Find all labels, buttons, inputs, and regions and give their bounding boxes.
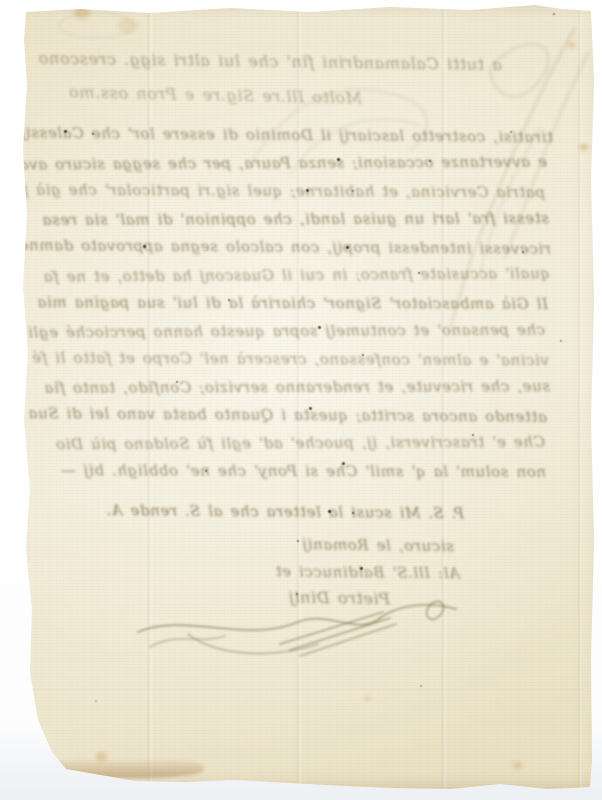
ink-speck <box>429 160 431 162</box>
bleedthrough-body-line: stessi fra' lari un guisa landi, che opp… <box>35 209 549 229</box>
ink-speck <box>143 245 146 248</box>
paper-stain <box>580 144 588 150</box>
paper-stain <box>568 42 575 48</box>
horizontal-fold-crease <box>24 688 584 693</box>
bleedthrough-heading-line: Molto Ill.re Sig.re e Pron oss.mo <box>120 83 362 107</box>
vertical-fold-crease <box>147 0 153 800</box>
ink-speck <box>594 382 597 385</box>
paper-stain <box>96 752 107 761</box>
bottom-edge-browning <box>34 758 204 778</box>
ink-speck <box>337 158 340 161</box>
ink-speck <box>64 130 67 133</box>
ink-speck <box>95 700 97 702</box>
ink-speck <box>560 340 562 342</box>
ink-speck <box>318 326 321 329</box>
manuscript-page: a tutti Calamandrini fin' che lui altri … <box>0 0 602 800</box>
paper-stain <box>513 762 522 769</box>
ink-speck <box>553 13 555 15</box>
ink-speck <box>228 299 230 301</box>
bleedthrough-body-line: che pensano' et contumelj sopra questo h… <box>35 321 545 342</box>
bleedthrough-body-line: sue, che ricevute, et renderanno servizi… <box>38 377 550 397</box>
paper-stain <box>118 18 138 34</box>
bleedthrough-body-line: quali' accusiate franco; in cui il Guasc… <box>40 264 550 286</box>
ink-speck <box>352 190 354 192</box>
ink-speck <box>92 133 94 135</box>
signature-flourish <box>130 592 470 662</box>
ink-speck <box>360 567 363 570</box>
ink-speck <box>362 354 364 356</box>
bleedthrough-body-line: vicina' e almen' confessano, crescerà ne… <box>35 349 549 370</box>
ink-speck <box>522 251 524 253</box>
ink-speck <box>342 462 345 465</box>
paper-stain <box>594 148 598 151</box>
vertical-fold-crease <box>296 0 302 800</box>
bleedthrough-body-line: Il Già ambasciator' Signor' chiarirà la … <box>36 293 548 313</box>
bleedthrough-body-line: patria Cervicina, et habitarne; quel sig… <box>35 181 545 202</box>
ink-speck <box>472 434 474 436</box>
ink-speck <box>176 381 178 383</box>
bleedthrough-closing-line: Al: Ill.S' Baldinucci et <box>212 562 460 583</box>
ink-speck <box>346 246 349 249</box>
vertical-fold-crease <box>577 0 583 800</box>
bleedthrough-closing-line: sicuro, le Romanij <box>258 535 454 556</box>
ink-speck <box>352 512 354 514</box>
ink-speck <box>306 189 309 192</box>
ink-speck <box>420 685 422 687</box>
paper-stain <box>364 696 371 702</box>
paper-stain <box>74 6 90 19</box>
scan-background: a tutti Calamandrini fin' che lui altri … <box>0 0 602 800</box>
bleedthrough-body-line: non solum' la q' smil' Che si Pony' che … <box>52 461 546 481</box>
ink-speck <box>309 407 312 410</box>
ink-speck <box>328 510 331 513</box>
bleedthrough-body-line: ricevessi intendessi propij, con calcolo… <box>35 236 551 258</box>
ink-speck <box>297 540 299 542</box>
bleedthrough-closing-line: P. S. Mi scusi la lettera che al S. rend… <box>168 502 464 523</box>
ink-speck <box>510 131 512 133</box>
bleedthrough-body-line: e avvertanze occasioni; senza Paura, per… <box>35 153 547 174</box>
ink-speck <box>418 272 420 274</box>
ink-speck <box>296 593 298 595</box>
bleedthrough-body-line: Che e' trascriversi, ij, puoche' ad' egl… <box>40 433 545 454</box>
ink-speck <box>205 470 207 472</box>
bleedthrough-body-line: attendo ancora scritta; questa i Quanto … <box>35 404 547 426</box>
vertical-fold-crease <box>441 0 447 800</box>
bleedthrough-body-line: tiratisi, costretto lasciarij il Dominio… <box>35 124 553 147</box>
